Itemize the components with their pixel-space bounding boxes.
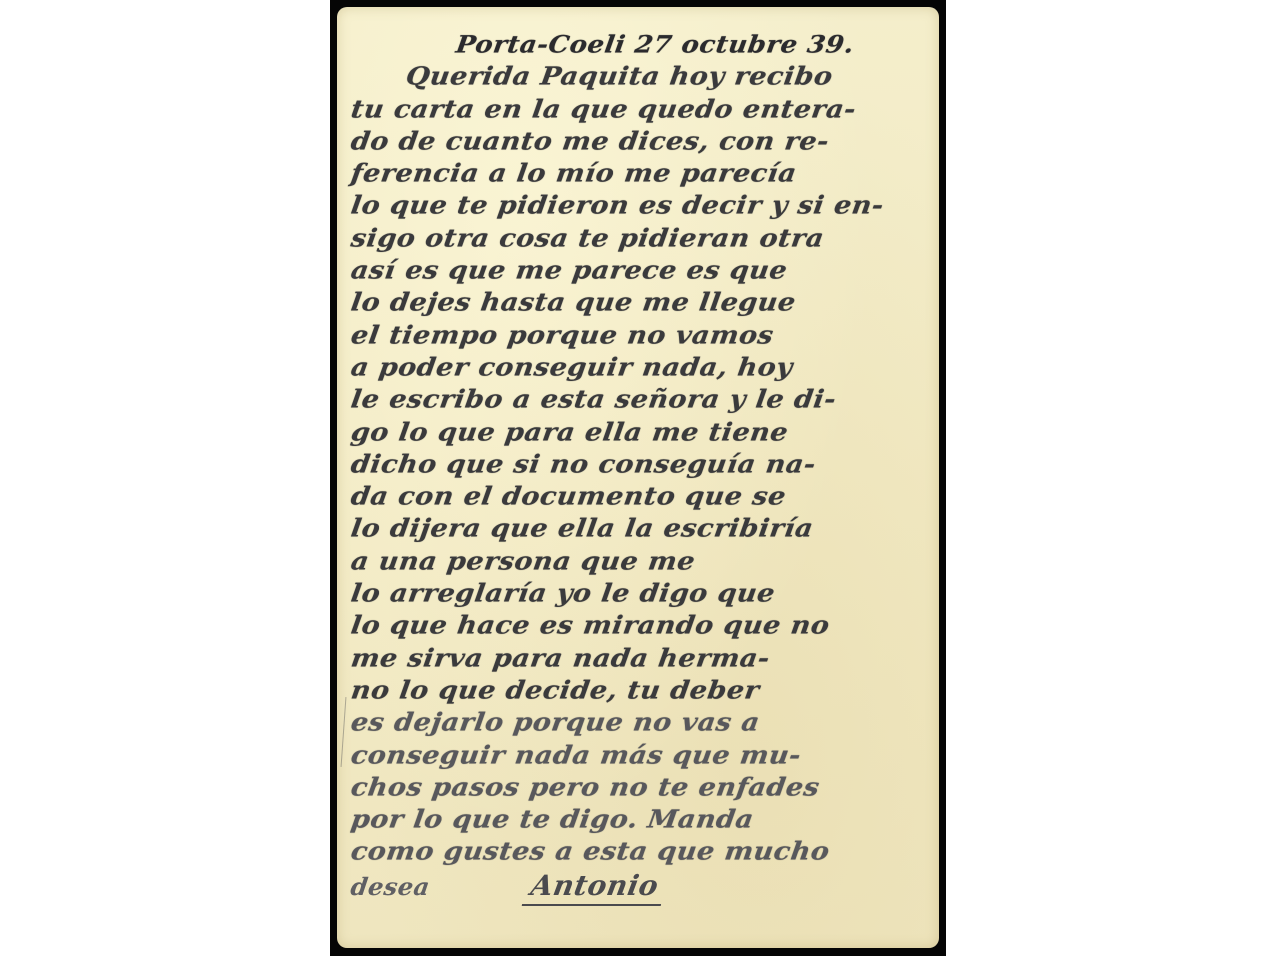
body-line: ferencia a lo mío me parecía (349, 159, 933, 189)
body-line: así es que me parece es que (349, 256, 933, 286)
body-line: tu carta en la que quedo entera- (349, 95, 933, 125)
body-line: a una persona que me (349, 547, 933, 577)
body-line: da con el documento que se (349, 482, 933, 512)
body-line: conseguir nada más que mu- (349, 741, 933, 771)
body-line: chos pasos pero no te enfades (349, 773, 933, 803)
salutation-line: Querida Paquita hoy recibo (349, 63, 933, 93)
body-line: lo que hace es mirando que no (349, 612, 933, 642)
closing-word: desea (349, 872, 432, 901)
body-line: como gustes a esta que mucho (349, 838, 933, 868)
body-line: go lo que para ella me tiene (349, 418, 933, 448)
margin-pen-stroke (341, 697, 347, 767)
body-line: dicho que si no conseguía na- (349, 450, 933, 480)
body-line: por lo que te digo. Manda (349, 805, 933, 835)
closing-row: desea Antonio (351, 869, 931, 909)
body-line: lo arreglaría yo le digo que (349, 579, 933, 609)
body-line: sigo otra cosa te pidieran otra (349, 224, 933, 254)
body-line: lo que te pidieron es decir y si en- (349, 192, 933, 222)
body-line: es dejarlo porque no vas a (349, 709, 933, 739)
body-line: el tiempo porque no vamos (349, 321, 933, 351)
body-line: me sirva para nada herma- (349, 644, 933, 674)
body-line: a poder conseguir nada, hoy (349, 353, 933, 383)
date-line: Porta-Coeli 27 octubre 39. (349, 30, 933, 60)
signature: Antonio (522, 869, 667, 906)
body-line: lo dejes hasta que me llegue (349, 289, 933, 319)
body-line: le escribo a esta señora y le di- (349, 386, 933, 416)
body-line: do de cuanto me dices, con re- (349, 127, 933, 157)
handwritten-letter: Porta-Coeli 27 octubre 39. Querida Paqui… (351, 29, 931, 909)
body-line: no lo que decide, tu deber (349, 676, 933, 706)
body-line: lo dijera que ella la escribiría (349, 515, 933, 545)
postcard: Porta-Coeli 27 octubre 39. Querida Paqui… (337, 7, 939, 948)
